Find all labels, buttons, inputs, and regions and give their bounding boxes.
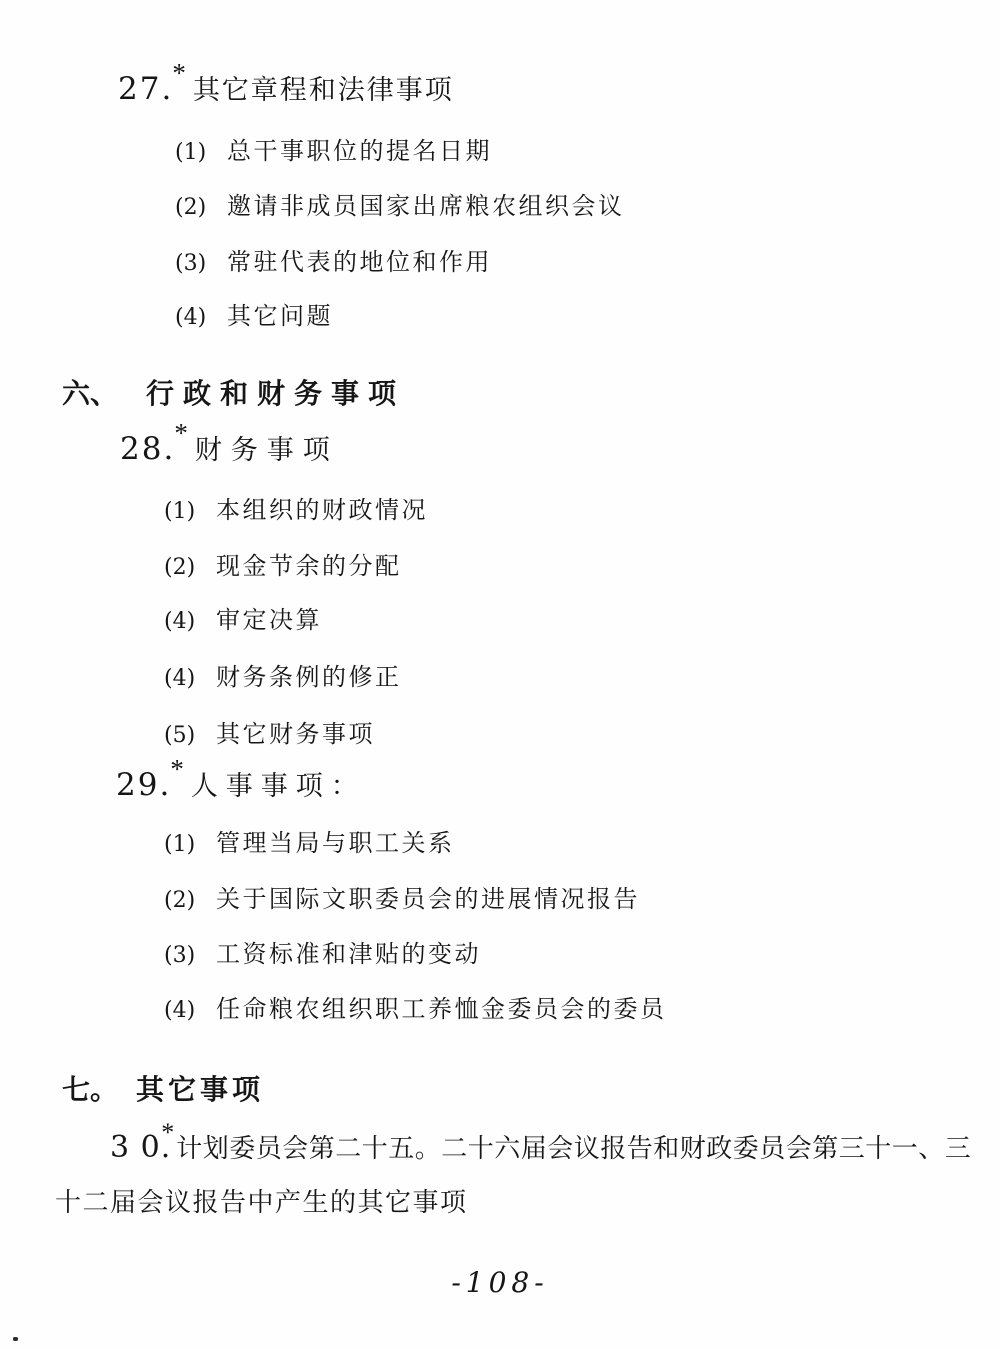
subitem-text: 关于国际文职委员会的进展情况报告 xyxy=(216,887,640,913)
subitem-label: (5) xyxy=(164,723,216,748)
page-number: -108- xyxy=(0,1266,1000,1299)
item-27-number: 27. xyxy=(118,71,173,107)
section-7-number: 七。 xyxy=(62,1068,136,1108)
item-28-subitem-2: (2)现金节余的分配 xyxy=(164,546,402,581)
agenda-item-30-line-2: 十二届会议报告中产生的其它事项 xyxy=(55,1182,468,1219)
section-7-title: 其它事项 xyxy=(136,1075,264,1106)
subitem-text: 管理当局与职工关系 xyxy=(216,831,455,857)
subitem-label: (4) xyxy=(175,305,227,330)
subitem-label: (2) xyxy=(175,195,227,220)
subitem-text: 常驻代表的地位和作用 xyxy=(227,250,492,276)
subitem-text: 审定决算 xyxy=(216,608,322,634)
item-30-text-line1: 计划委员会第二十五。二十六届会议报告和财政委员会第三十一、三 xyxy=(176,1134,971,1163)
scan-artifact-dot xyxy=(13,1337,18,1341)
subitem-label: (1) xyxy=(175,140,227,165)
subitem-text: 邀请非成员国家出席粮农组织会议 xyxy=(227,194,625,220)
item-28-number: 28. xyxy=(120,431,175,467)
subitem-label: (3) xyxy=(175,251,227,276)
scanned-document-page: 27.*其它章程和法律事项 (1)总干事职位的提名日期 (2)邀请非成员国家出席… xyxy=(0,0,1000,1349)
item-28-subitem-3: (4)审定决算 xyxy=(164,600,322,635)
agenda-item-29-heading: 29.*人事事项： xyxy=(116,764,366,803)
item-28-subitem-1: (1)本组织的财政情况 xyxy=(164,490,428,525)
subitem-label: (1) xyxy=(164,832,216,857)
item-29-subitem-3: (3)工资标准和津贴的变动 xyxy=(164,934,481,969)
item-29-subitem-4: (4)任命粮农组织职工养恤金委员会的委员 xyxy=(164,989,667,1024)
subitem-text: 其它财务事项 xyxy=(216,722,375,748)
item-27-subitem-1: (1)总干事职位的提名日期 xyxy=(175,131,492,166)
subitem-text: 工资标准和津贴的变动 xyxy=(216,942,481,968)
item-27-asterisk: * xyxy=(172,58,186,88)
item-28-subitem-5: (5)其它财务事项 xyxy=(164,714,375,749)
section-6-number: 六、 xyxy=(62,372,146,412)
item-30-asterisk: * xyxy=(161,1118,174,1147)
subitem-label: (4) xyxy=(164,998,216,1023)
subitem-label: (3) xyxy=(164,943,216,968)
item-30-text-line2: 十二届会议报告中产生的其它事项 xyxy=(55,1188,468,1217)
item-29-title: 人事事项： xyxy=(191,771,366,801)
subitem-label: (4) xyxy=(164,609,216,634)
item-29-subitem-1: (1)管理当局与职工关系 xyxy=(164,823,455,858)
subitem-text: 总干事职位的提名日期 xyxy=(227,139,492,165)
agenda-item-28-heading: 28.*财务事项 xyxy=(120,428,339,467)
section-7-heading: 七。其它事项 xyxy=(62,1068,264,1108)
item-29-subitem-2: (2)关于国际文职委员会的进展情况报告 xyxy=(164,879,640,914)
item-27-title: 其它章程和法律事项 xyxy=(193,75,454,105)
subitem-label: (2) xyxy=(164,555,216,580)
agenda-item-30-line-1: 3 0.*计划委员会第二十五。二十六届会议报告和财政委员会第三十一、三 xyxy=(110,1128,971,1165)
subitem-label: (1) xyxy=(164,499,216,524)
item-27-subitem-2: (2)邀请非成员国家出席粮农组织会议 xyxy=(175,186,625,221)
item-28-subitem-4: (4)财务条例的修正 xyxy=(164,657,402,692)
section-6-title: 行政和财务事项 xyxy=(146,379,405,410)
subitem-label: (2) xyxy=(164,888,216,913)
item-29-number: 29. xyxy=(116,767,171,803)
agenda-item-27-heading: 27.*其它章程和法律事项 xyxy=(118,68,454,107)
section-6-heading: 六、行政和财务事项 xyxy=(62,372,405,412)
item-29-asterisk: * xyxy=(170,754,184,784)
subitem-text: 现金节余的分配 xyxy=(216,554,402,580)
item-28-asterisk: * xyxy=(174,418,188,448)
item-27-subitem-3: (3)常驻代表的地位和作用 xyxy=(175,242,492,277)
subitem-label: (4) xyxy=(164,666,216,691)
subitem-text: 财务条例的修正 xyxy=(216,665,402,691)
subitem-text: 其它问题 xyxy=(227,304,333,330)
subitem-text: 任命粮农组织职工养恤金委员会的委员 xyxy=(216,997,667,1023)
item-28-title: 财务事项 xyxy=(195,435,339,465)
subitem-text: 本组织的财政情况 xyxy=(216,498,428,524)
item-27-subitem-4: (4)其它问题 xyxy=(175,296,333,331)
